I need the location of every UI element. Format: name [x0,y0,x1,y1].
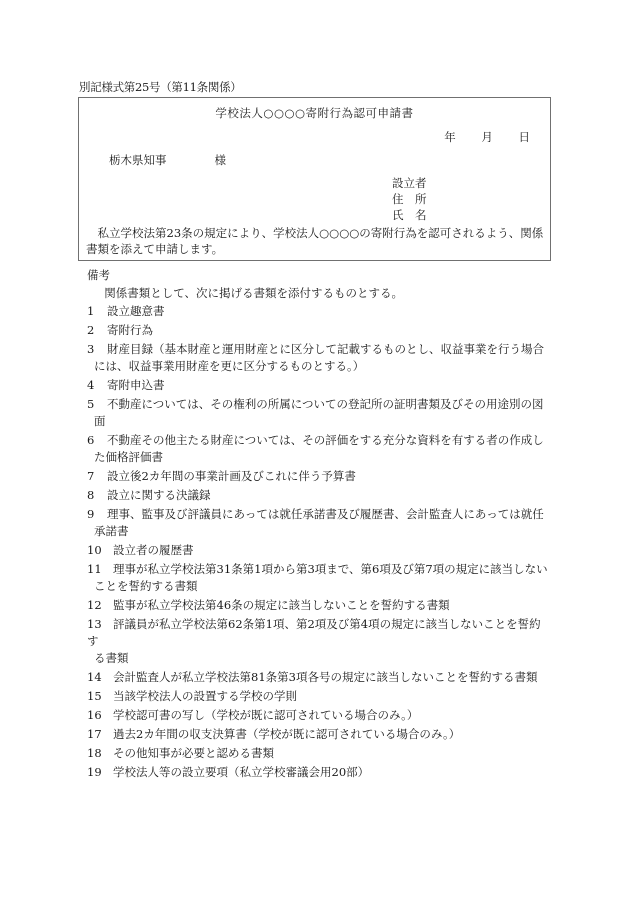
item-text-continued: ことを誓約する書類 [87,578,552,595]
list-item: 18その他知事が必要と認める書類 [87,745,552,762]
date-day: 日 [519,129,531,145]
item-text: 設立に関する決議録 [107,488,211,502]
item-text: 寄附行為 [107,323,153,337]
list-item: 13評議員が私立学校法第62条第1項、第2項及び第4項の規定に該当しないことを誓… [87,616,552,667]
item-text: 理事、監事及び評議員にあっては就任承諾書及び履歴書、会計監査人にあっては就任 [107,507,544,521]
item-number: 8 [87,487,107,504]
list-item: 5不動産については、その権利の所属についての登記所の証明書類及びその用途別の図面 [87,396,552,430]
item-text: 学校法人等の設立要項（私立学校審議会用20部） [113,765,369,779]
date-year: 年 [444,129,456,145]
item-number: 4 [87,377,107,394]
form-body-text: 私立学校法第23条の規定により、学校法人○○○○の寄附行為を認可されるよう、関係… [86,225,544,257]
item-number: 16 [87,707,113,724]
applicant-founder-label: 設立者 [392,175,427,191]
applicant-block: 設立者 住 所 氏 名 [392,175,427,223]
applicant-address-label: 住 所 [392,191,427,207]
item-number: 18 [87,745,113,762]
notes-section: 備考 関係書類として、次に掲げる書類を添付するものとする。 1設立趣意書2寄附行… [87,266,552,783]
form-title: 学校法人○○○○寄附行為認可申請書 [79,105,550,121]
list-item: 16学校認可書の写し（学校が既に認可されている場合のみ。） [87,707,552,724]
item-text: 財産目録（基本財産と運用財産とに区分して記載するものとし、収益事業を行う場合 [107,342,544,356]
item-text-continued: 承諾書 [87,523,552,540]
item-text: 設立者の履歴書 [113,543,194,557]
item-text: 理事が私立学校法第31条第1項から第3項まで、第6項及び第7項の規定に該当しない [113,562,548,576]
item-text: 寄附申込書 [107,378,165,392]
item-number: 12 [87,597,113,614]
list-item: 1設立趣意書 [87,303,552,320]
item-text-continued: には、収益事業用財産を更に区分するものとする。） [87,358,552,375]
notes-intro: 関係書類として、次に掲げる書類を添付するものとする。 [87,284,552,303]
item-text: 設立趣意書 [107,304,165,318]
list-item: 11理事が私立学校法第31条第1項から第3項まで、第6項及び第7項の規定に該当し… [87,561,552,595]
item-number: 1 [87,303,107,320]
item-number: 19 [87,764,113,781]
item-text: 学校認可書の写し（学校が既に認可されている場合のみ。） [113,708,418,722]
list-item: 3財産目録（基本財産と運用財産とに区分して記載するものとし、収益事業を行う場合に… [87,341,552,375]
item-text: 設立後2カ年間の事業計画及びこれに伴う予算書 [107,469,356,483]
list-item: 6不動産その他主たる財産については、その評価をする充分な資料を有する者の作成した… [87,432,552,466]
item-number: 13 [87,616,113,633]
list-item: 15当該学校法人の設置する学校の学則 [87,688,552,705]
item-text: 過去2カ年間の収支決算書（学校が既に認可されている場合のみ。） [113,727,460,741]
date-month: 月 [481,129,493,145]
item-number: 3 [87,341,107,358]
item-text: 当該学校法人の設置する学校の学則 [113,689,297,703]
addressee-line: 栃木県知事様 [109,152,226,168]
list-item: 10設立者の履歴書 [87,542,552,559]
list-item: 7設立後2カ年間の事業計画及びこれに伴う予算書 [87,468,552,485]
item-number: 9 [87,506,107,523]
item-number: 7 [87,468,107,485]
item-text-continued: る書類 [87,650,552,667]
list-item: 19学校法人等の設立要項（私立学校審議会用20部） [87,764,552,781]
applicant-name-label: 氏 名 [392,207,427,223]
item-number: 6 [87,432,107,449]
list-item: 4寄附申込書 [87,377,552,394]
addressee: 栃木県知事 [109,153,167,167]
list-item: 17過去2カ年間の収支決算書（学校が既に認可されている場合のみ。） [87,726,552,743]
item-text: 不動産その他主たる財産については、その評価をする充分な資料を有する者の作成し [107,433,544,447]
item-text-continued: た価格評価書 [87,449,552,466]
item-number: 10 [87,542,113,559]
item-text: 会計監査人が私立学校法第81条第3項各号の規定に該当しないことを誓約する書類 [113,670,537,684]
item-text: 監事が私立学校法第46条の規定に該当しないことを誓約する書類 [113,598,450,612]
list-item: 14会計監査人が私立学校法第81条第3項各号の規定に該当しないことを誓約する書類 [87,669,552,686]
attachment-list: 1設立趣意書2寄附行為3財産目録（基本財産と運用財産とに区分して記載するものとし… [87,303,552,781]
form-caption: 別記様式第25号（第11条関係） [79,79,241,95]
item-text: 評議員が私立学校法第62条第1項、第2項及び第4項の規定に該当しないことを誓約す [87,617,541,648]
date-line: 年 月 日 [422,129,530,145]
item-number: 11 [87,561,113,578]
list-item: 12監事が私立学校法第46条の規定に該当しないことを誓約する書類 [87,597,552,614]
list-item: 9理事、監事及び評議員にあっては就任承諾書及び履歴書、会計監査人にあっては就任承… [87,506,552,540]
item-text: 不動産については、その権利の所属についての登記所の証明書類及びその用途別の図 [107,397,544,411]
item-number: 14 [87,669,113,686]
list-item: 2寄附行為 [87,322,552,339]
item-number: 17 [87,726,113,743]
addressee-suffix: 様 [215,153,227,167]
application-form-box: 学校法人○○○○寄附行為認可申請書 年 月 日 栃木県知事様 設立者 住 所 氏… [78,97,551,261]
item-number: 5 [87,396,107,413]
item-number: 2 [87,322,107,339]
item-text: その他知事が必要と認める書類 [113,746,274,760]
notes-heading: 備考 [87,266,552,284]
item-text-continued: 面 [87,413,552,430]
item-number: 15 [87,688,113,705]
list-item: 8設立に関する決議録 [87,487,552,504]
